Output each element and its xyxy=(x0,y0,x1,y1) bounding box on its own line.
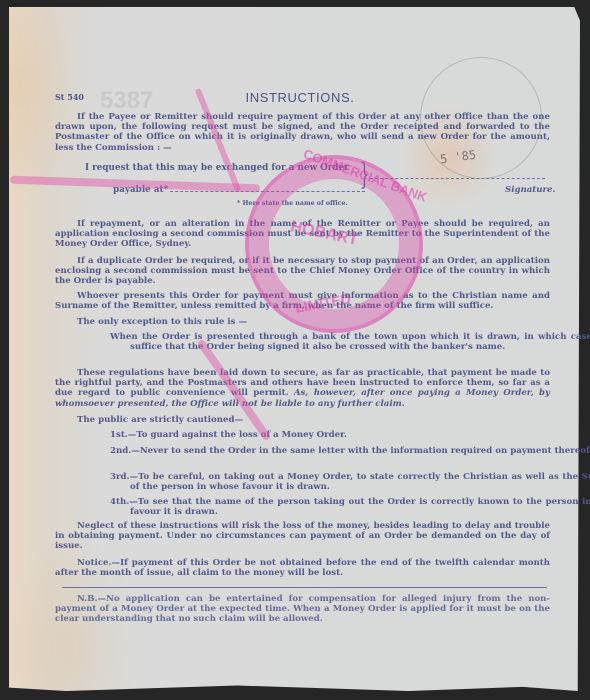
caution-1: 1st.—To guard against the loss of a Mone… xyxy=(55,430,590,440)
signature-label: Signature. xyxy=(505,185,556,195)
nb-paragraph: N.B.—No application can be entertained f… xyxy=(55,594,550,625)
caution-4: 4th.—To see that the name of the person … xyxy=(55,497,590,517)
caution-2: 2nd.—Never to send the Order in the same… xyxy=(55,446,590,456)
exception-text: When the Order is presented through a ba… xyxy=(55,332,590,352)
intro-paragraph: If the Payee or Remitter should require … xyxy=(55,112,550,153)
regulations-paragraph: These regulations have been laid down to… xyxy=(55,368,550,409)
notice-paragraph: Notice.—If payment of this Order be not … xyxy=(55,558,550,578)
caution-intro: The public are strictly cautioned— xyxy=(55,415,550,425)
neglect-paragraph: Neglect of these instructions will risk … xyxy=(55,521,550,552)
caution-3: 3rd.—To be careful, on taking out a Mone… xyxy=(55,472,590,492)
header: St 540 INSTRUCTIONS. xyxy=(55,90,545,110)
page-title: INSTRUCTIONS. xyxy=(55,90,545,105)
divider xyxy=(62,587,547,588)
